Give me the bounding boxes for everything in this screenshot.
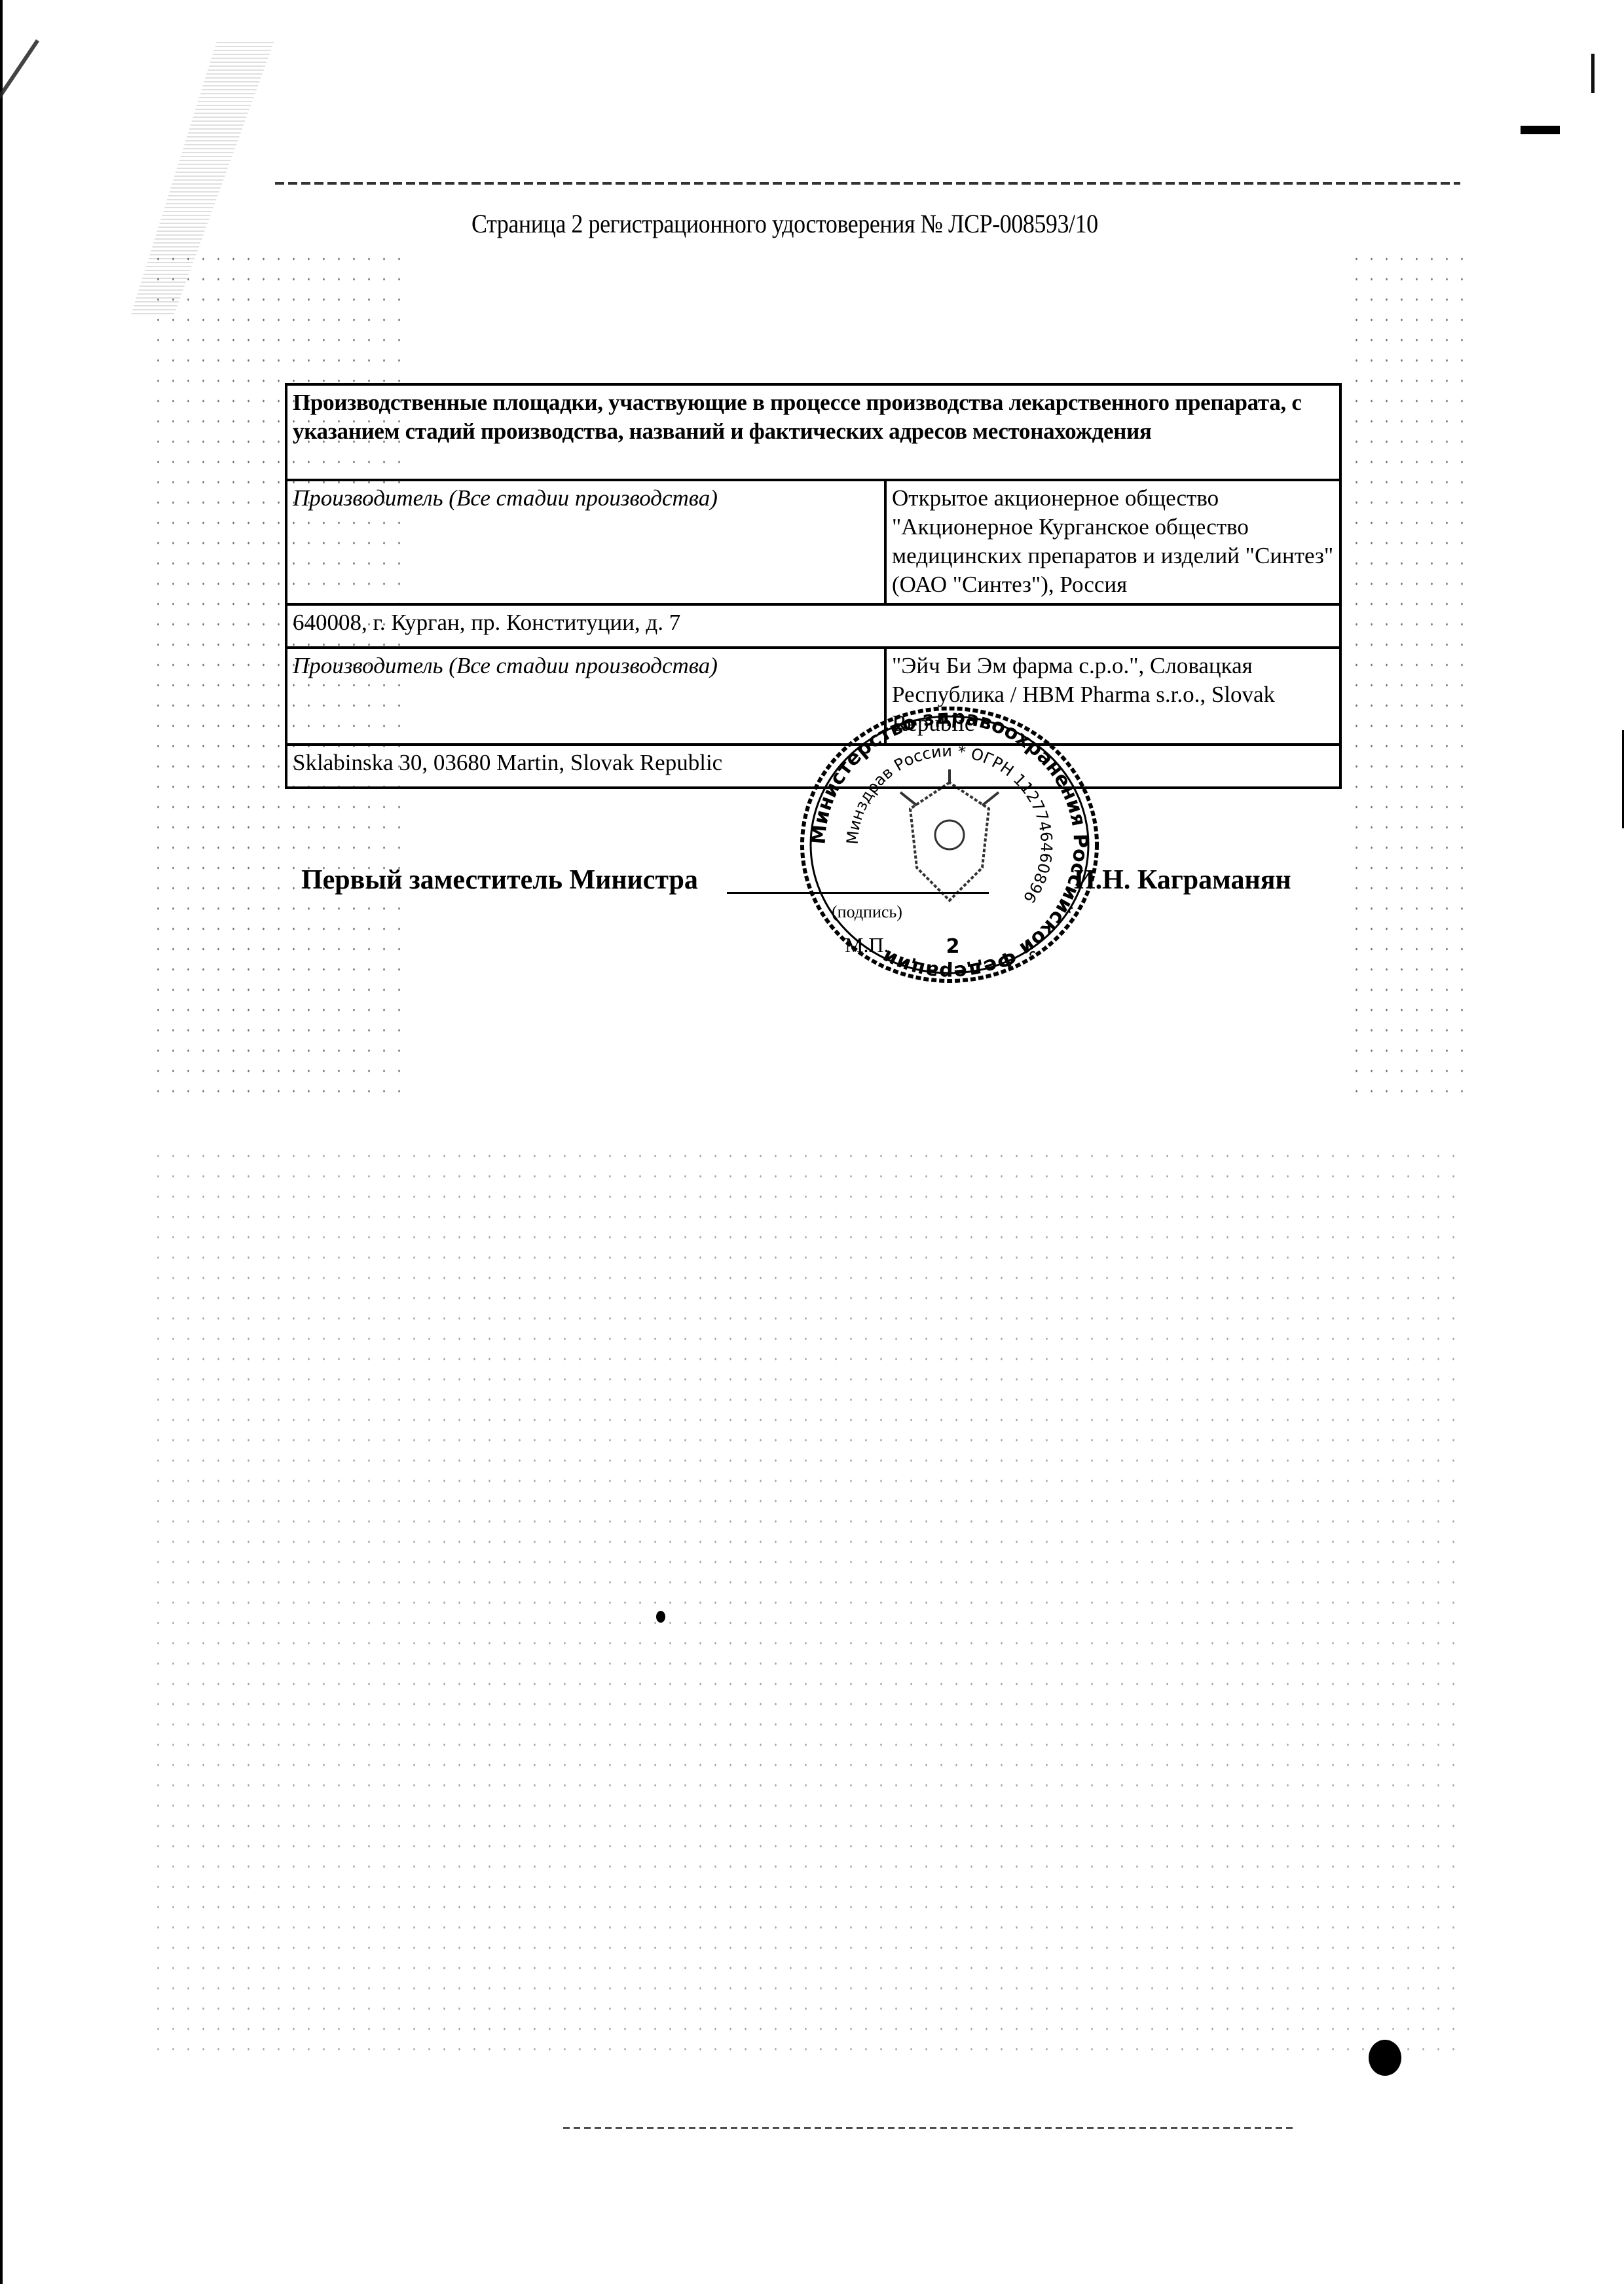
scan-noise	[151, 1146, 1460, 2063]
punch-hole-mark	[1369, 2040, 1401, 2076]
bottom-scan-border	[563, 2127, 1297, 2129]
top-scan-border	[275, 182, 1460, 185]
svg-text:Минздрав России * ОГРН 1127746: Минздрав России * ОГРН 1127746460896	[843, 742, 1056, 906]
manufacturer-label: Производитель (Все стадии производства)	[286, 480, 885, 604]
table-row: 640008, г. Курган, пр. Конституции, д. 7	[286, 604, 1340, 648]
table-header: Производственные площадки, участвующие в…	[286, 384, 1340, 480]
seal-number: 2	[946, 935, 960, 958]
table-row: Производитель (Все стадии производства) …	[286, 480, 1340, 604]
corner-mark	[1521, 126, 1560, 134]
official-seal-icon: Министерство здравоохранения Российской …	[796, 704, 1103, 985]
corner-right-mark	[1591, 54, 1595, 93]
manufacturer-address: 640008, г. Курган, пр. Конституции, д. 7	[286, 604, 1340, 648]
coat-of-arms-icon	[900, 769, 999, 900]
manufacturer-name: Открытое акционерное общество "Акционерн…	[885, 480, 1340, 604]
fold-line	[0, 39, 39, 378]
document-page: Страница 2 регистрационного удостоверени…	[0, 0, 1624, 2284]
signatory-title: Первый заместитель Министра	[301, 864, 698, 896]
signatory-name: И.Н. Каграманян	[1074, 864, 1291, 896]
scan-left-edge	[0, 0, 3, 2284]
page-header: Страница 2 регистрационного удостоверени…	[471, 208, 1098, 239]
table-header-row: Производственные площадки, участвующие в…	[286, 384, 1340, 480]
seal-inner-text: Минздрав России * ОГРН 1127746460896	[843, 742, 1056, 906]
ink-dot	[656, 1611, 665, 1623]
scan-noise	[1349, 249, 1467, 1100]
